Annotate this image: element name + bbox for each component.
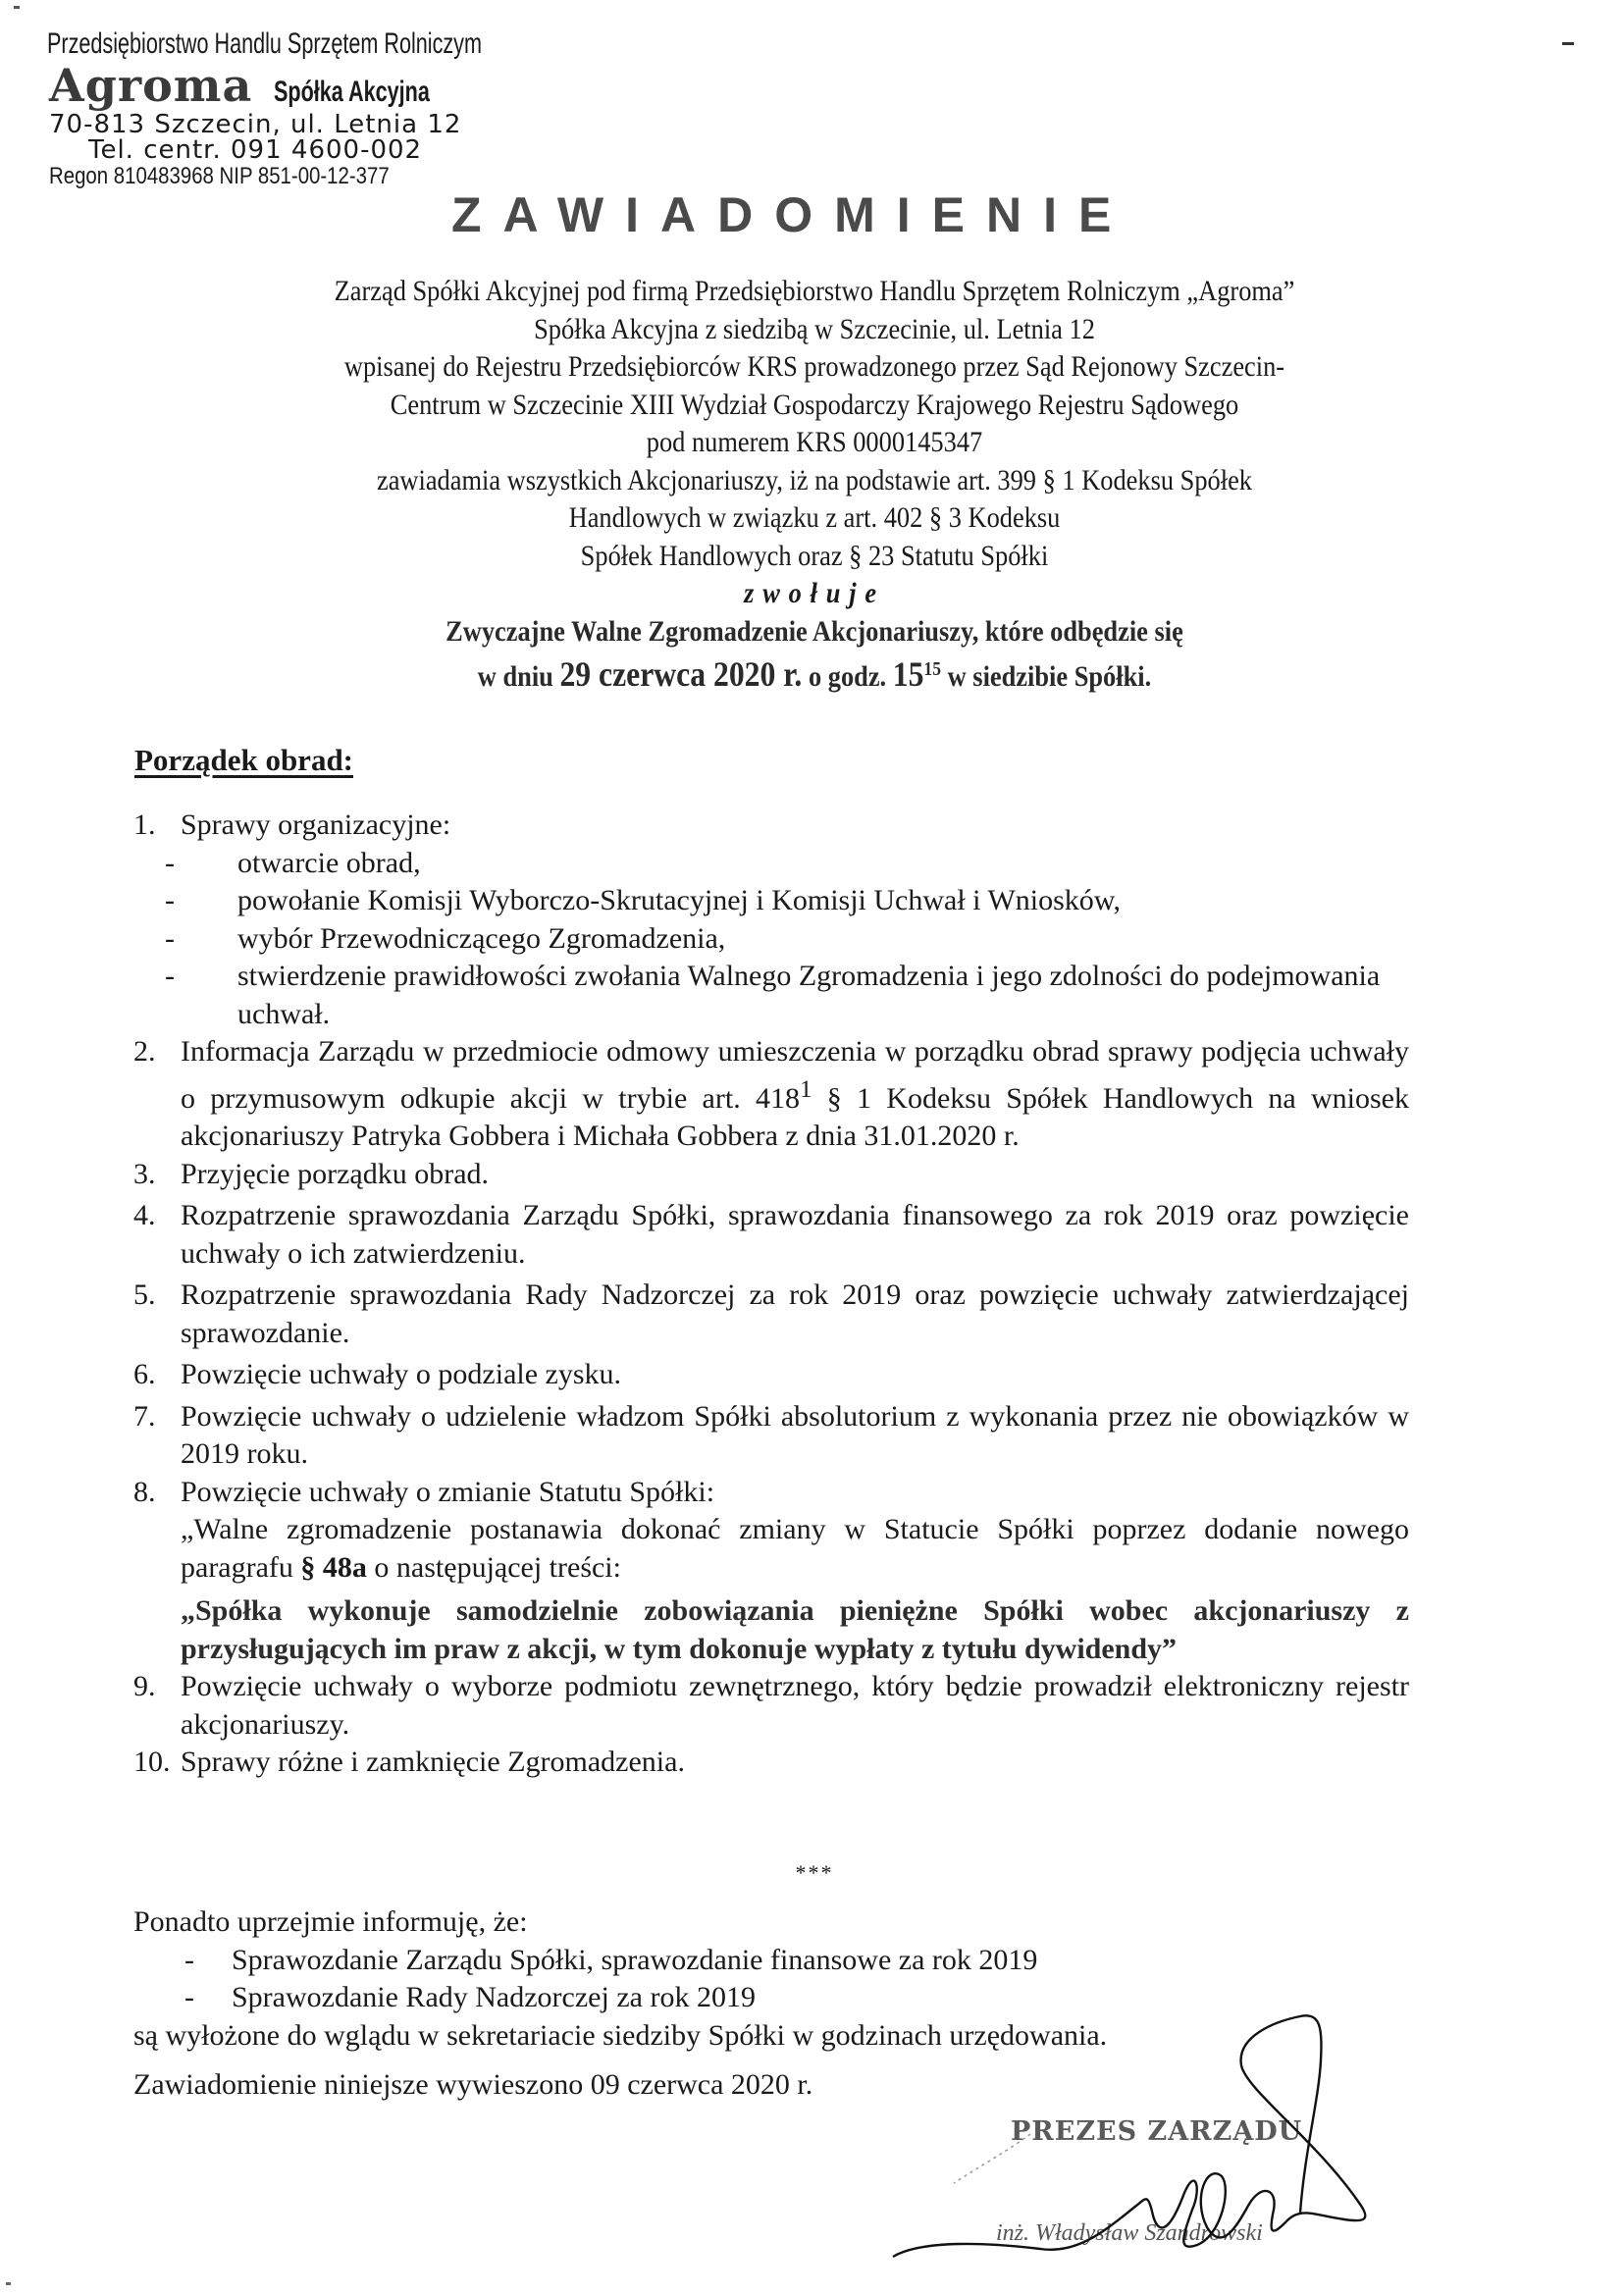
superscript: 1 bbox=[800, 1076, 812, 1103]
agenda-item: 2. Informacja Zarządu w przedmiocie odmo… bbox=[133, 1033, 1409, 1156]
agenda-subitem: -wybór Przewodniczącego Zgromadzenia, bbox=[133, 920, 1409, 959]
scan-mark bbox=[6, 2282, 11, 2285]
agenda-item: 9. Powzięcie uchwały o wyborze podmiotu … bbox=[133, 1668, 1409, 1744]
agenda-item: 3. Przyjęcie porządku obrad. bbox=[133, 1156, 1409, 1194]
meeting-minute: 15 bbox=[923, 658, 941, 680]
dash-bullet: - bbox=[133, 1942, 232, 1980]
scan-mark bbox=[14, 6, 20, 9]
letterhead-phone: Tel. centr. 091 4600-002 bbox=[49, 137, 510, 163]
statute-quote: „Walne zgromadzenie postanawia dokonać z… bbox=[181, 1511, 1409, 1587]
item-number: 1. bbox=[133, 807, 181, 845]
meeting-date: 29 czerwca 2020 r. bbox=[559, 654, 802, 694]
item-text: Rozpatrzenie sprawozdania Zarządu Spółki… bbox=[181, 1197, 1409, 1273]
item-number: 2. bbox=[133, 1033, 181, 1156]
agenda-heading: Porządek obrad: bbox=[134, 743, 353, 778]
separator: *** bbox=[118, 1860, 1511, 1886]
item-number: 9. bbox=[133, 1668, 181, 1744]
agenda-item: 10. Sprawy różne i zamknięcie Zgromadzen… bbox=[133, 1744, 1409, 1782]
document-title: ZAWIADOMIENIE bbox=[451, 186, 1099, 243]
subitem-text: wybór Przewodniczącego Zgromadzenia, bbox=[237, 920, 725, 959]
item-text: Powzięcie uchwały o udzielenie władzom S… bbox=[181, 1398, 1409, 1474]
subitem-text: otwarcie obrad, bbox=[237, 845, 421, 883]
intro-block: Zarząd Spółki Akcyjnej pod firmą Przedsi… bbox=[118, 273, 1511, 697]
info-item-text: Sprawozdanie Zarządu Spółki, sprawozdani… bbox=[232, 1942, 1037, 1980]
dash-bullet: - bbox=[133, 958, 237, 1033]
agenda-item: 6. Powzięcie uchwały o podziale zysku. bbox=[133, 1356, 1409, 1394]
agenda-subitem: -stwierdzenie prawidłowości zwołania Wal… bbox=[133, 958, 1409, 1033]
posted-note: Zawiadomienie niniejsze wywieszono 09 cz… bbox=[133, 2068, 812, 2102]
letterhead-address: 70-813 Szczecin, ul. Letnia 12 bbox=[49, 112, 510, 137]
convenes-word: zwołuje bbox=[201, 575, 1428, 613]
brand-logo-text: Agroma bbox=[49, 59, 252, 112]
subitem-text: stwierdzenie prawidłowości zwołania Waln… bbox=[237, 958, 1395, 1033]
info-intro: Ponadto uprzejmie informuję, że: bbox=[133, 1903, 1409, 1942]
item-number: 10. bbox=[133, 1744, 181, 1782]
agenda-item: 8. Powzięcie uchwały o zmianie Statutu S… bbox=[133, 1474, 1409, 1669]
dash-bullet: - bbox=[133, 882, 237, 920]
intro-line: Zarząd Spółki Akcyjnej pod firmą Przedsi… bbox=[201, 273, 1428, 311]
agenda-list: 1. Sprawy organizacyjne: -otwarcie obrad… bbox=[133, 807, 1409, 1782]
item-text: Sprawy organizacyjne: bbox=[181, 807, 1409, 845]
item-text: Sprawy różne i zamknięcie Zgromadzenia. bbox=[181, 1744, 1409, 1782]
item-number: 4. bbox=[133, 1197, 181, 1273]
meeting-time-prefix: o godz. bbox=[809, 660, 886, 693]
intro-line: wpisanej do Rejestru Przedsiębiorców KRS… bbox=[201, 348, 1428, 387]
dash-bullet: - bbox=[133, 1979, 232, 2017]
agenda-item: 5. Rozpatrzenie sprawozdania Rady Nadzor… bbox=[133, 1277, 1409, 1352]
meeting-hour: 15 bbox=[893, 654, 924, 694]
agenda-item: 7. Powzięcie uchwały o udzielenie władzo… bbox=[133, 1398, 1409, 1474]
quote-text: o następującej treści: bbox=[367, 1551, 621, 1584]
meeting-date-line: w dniu 29 czerwca 2020 r. o godz. 1515 w… bbox=[201, 651, 1428, 697]
letterhead-company-line: Przedsiębiorstwo Handlu Sprzętem Rolnicz… bbox=[47, 27, 381, 61]
scan-mark bbox=[1562, 42, 1574, 45]
paragraph-ref: § 48a bbox=[300, 1551, 367, 1584]
intro-line: zawiadamia wszystkich Akcjonariuszy, iż … bbox=[201, 462, 1428, 500]
item-text: Powzięcie uchwały o zmianie Statutu Spół… bbox=[181, 1474, 1409, 1669]
meeting-prefix: w dniu bbox=[478, 660, 553, 693]
dash-bullet: - bbox=[133, 920, 237, 959]
letterhead-ids: Regon 810483968 NIP 851-00-12-377 bbox=[49, 163, 442, 190]
dash-bullet: - bbox=[133, 845, 237, 883]
meeting-suffix: w siedzibie Spółki. bbox=[948, 660, 1152, 693]
intro-line: pod numerem KRS 0000145347 bbox=[201, 424, 1428, 462]
intro-line: Spółka Akcyjna z siedzibą w Szczecinie, … bbox=[201, 311, 1428, 349]
letterhead: Przedsiębiorstwo Handlu Sprzętem Rolnicz… bbox=[49, 27, 510, 190]
item-text: Rozpatrzenie sprawozdania Rady Nadzorcze… bbox=[181, 1277, 1409, 1352]
subitem-text: powołanie Komisji Wyborczo-Skrutacyjnej … bbox=[237, 882, 1121, 920]
handwritten-signature-icon bbox=[883, 1982, 1624, 2294]
meeting-line: Zwyczajne Walne Zgromadzenie Akcjonarius… bbox=[201, 613, 1428, 652]
agenda-subitem: -otwarcie obrad, bbox=[133, 845, 1409, 883]
item-text-part: Powzięcie uchwały o zmianie Statutu Spół… bbox=[181, 1474, 1409, 1512]
intro-line: Spółek Handlowych oraz § 23 Statutu Spół… bbox=[201, 538, 1428, 576]
item-text: Informacja Zarządu w przedmiocie odmowy … bbox=[181, 1033, 1409, 1156]
item-number: 5. bbox=[133, 1277, 181, 1352]
item-number: 3. bbox=[133, 1156, 181, 1194]
info-item: -Sprawozdanie Zarządu Spółki, sprawozdan… bbox=[133, 1942, 1409, 1980]
agenda-subitem: -powołanie Komisji Wyborczo-Skrutacyjnej… bbox=[133, 882, 1409, 920]
info-item-text: Sprawozdanie Rady Nadzorczej za rok 2019 bbox=[232, 1979, 756, 2017]
letterhead-brand: Agroma Spółka Akcyjna bbox=[49, 59, 510, 112]
item-number: 6. bbox=[133, 1356, 181, 1394]
statute-new-text: „Spółka wykonuje samodzielnie zobowiązan… bbox=[181, 1592, 1409, 1668]
agenda-item: 4. Rozpatrzenie sprawozdania Zarządu Spó… bbox=[133, 1197, 1409, 1273]
intro-line: Handlowych w związku z art. 402 § 3 Kode… bbox=[201, 499, 1428, 538]
item-text: Powzięcie uchwały o wyborze podmiotu zew… bbox=[181, 1668, 1409, 1744]
item-number: 8. bbox=[133, 1474, 181, 1669]
item-text: Przyjęcie porządku obrad. bbox=[181, 1156, 1409, 1194]
item-text: Powzięcie uchwały o podziale zysku. bbox=[181, 1356, 1409, 1394]
agenda-item: 1. Sprawy organizacyjne: bbox=[133, 807, 1409, 845]
legal-form: Spółka Akcyjna bbox=[274, 76, 430, 109]
intro-line: Centrum w Szczecinie XIII Wydział Gospod… bbox=[201, 387, 1428, 425]
item-number: 7. bbox=[133, 1398, 181, 1474]
